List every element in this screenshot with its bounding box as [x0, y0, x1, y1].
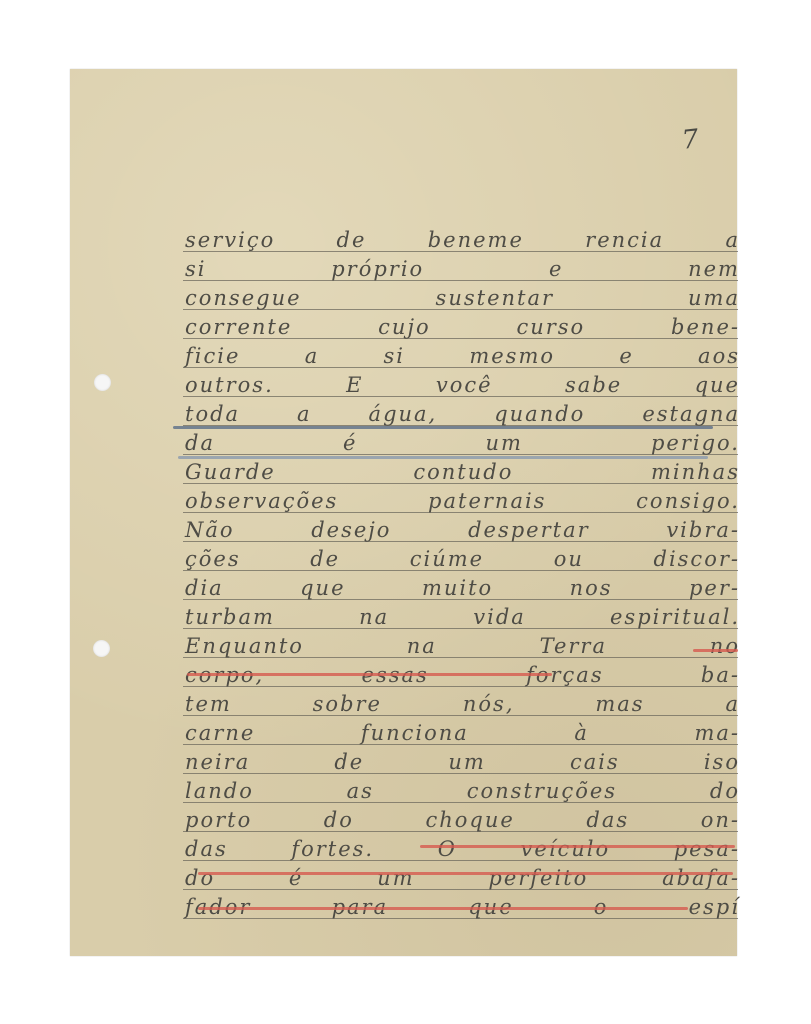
word: uma: [688, 285, 740, 311]
word: Terra: [540, 633, 607, 659]
word: choque: [425, 807, 514, 833]
word: carne: [185, 720, 255, 746]
manuscript-line: EnquantonaTerrano: [185, 633, 740, 659]
word: serviço: [185, 227, 275, 253]
handwritten-text: serviçodebenemerenciaasipróprioenemconse…: [70, 69, 737, 956]
word: um: [485, 430, 522, 456]
manuscript-line: todaaágua,quandoestagna: [185, 401, 740, 427]
word: e: [619, 343, 633, 369]
word: do: [710, 778, 740, 804]
word: observações: [185, 488, 338, 514]
word: um: [377, 865, 414, 891]
word: bene-: [671, 314, 740, 340]
word: toda: [185, 401, 240, 427]
word: próprio: [331, 256, 424, 282]
word: de: [337, 227, 367, 253]
word: sobre: [313, 691, 382, 717]
word: discor-: [654, 546, 740, 572]
word: no: [710, 633, 740, 659]
manuscript-line: serviçodebenemerenciaa: [185, 227, 740, 253]
word: é: [343, 430, 357, 456]
manuscript-line: doéumperfeitoabafa-: [185, 865, 740, 891]
manuscript-line: landoasconstruçõesdo: [185, 778, 740, 804]
word: consigo.: [636, 488, 740, 514]
word: funciona: [361, 720, 469, 746]
blue-underline-2: [178, 456, 708, 459]
manuscript-line: correntecujocursobene-: [185, 314, 740, 340]
word: despertar: [468, 517, 590, 543]
word: que: [300, 575, 345, 601]
word: fortes.: [291, 836, 374, 862]
word: e: [549, 256, 563, 282]
word: mesmo: [469, 343, 555, 369]
word: veículo: [520, 836, 610, 862]
word: é: [289, 865, 303, 891]
word: estagna: [642, 401, 740, 427]
word: turbam: [185, 604, 275, 630]
manuscript-line: diaquemuitonosper-: [185, 575, 740, 601]
word: nos: [570, 575, 613, 601]
word: tem: [185, 691, 232, 717]
word: das: [185, 836, 228, 862]
word: Enquanto: [185, 633, 304, 659]
word: de: [310, 546, 340, 572]
word: E: [346, 372, 363, 398]
manuscript-line: daéumperigo.: [185, 430, 740, 456]
word: sabe: [565, 372, 622, 398]
word: a: [725, 227, 740, 253]
red-underline-4: [198, 907, 688, 910]
word: ou: [554, 546, 584, 572]
word: cais: [570, 749, 620, 775]
word: minhas: [651, 459, 740, 485]
word: ções: [185, 546, 241, 572]
manuscript-line: neiradeumcaisiso: [185, 749, 740, 775]
word: abafa-: [662, 865, 740, 891]
manuscript-line: sipróprioenem: [185, 256, 740, 282]
word: espiritual.: [610, 604, 740, 630]
word: a: [297, 401, 312, 427]
word: nós,: [463, 691, 515, 717]
manuscript-line: Guardecontudominhas: [185, 459, 740, 485]
word: neira: [185, 749, 250, 775]
blue-underline-1: [173, 426, 713, 429]
word: muito: [422, 575, 493, 601]
word: beneme: [428, 227, 524, 253]
word: perfeito: [488, 865, 588, 891]
word: paternais: [428, 488, 546, 514]
manuscript-line: portodochoquedason-: [185, 807, 740, 833]
manuscript-line: observaçõespaternaisconsigo.: [185, 488, 740, 514]
word: água,: [369, 401, 438, 427]
word: corrente: [185, 314, 292, 340]
red-underline-2: [420, 845, 735, 848]
word: sustentar: [436, 285, 554, 311]
word: do: [324, 807, 354, 833]
word: a: [725, 691, 740, 717]
word: que: [695, 372, 740, 398]
word: curso: [516, 314, 585, 340]
word: rencia: [585, 227, 664, 253]
word: si: [185, 256, 207, 282]
word: mas: [595, 691, 644, 717]
word: pesa-: [674, 836, 740, 862]
manuscript-line: ficieasimesmoeaos: [185, 343, 740, 369]
manuscript-line: carnefuncionaàma-: [185, 720, 740, 746]
manuscript-line: dasfortes.Oveículopesa-: [185, 836, 740, 862]
manuscript-line: Nãodesejodespertarvibra-: [185, 517, 740, 543]
manuscript-line: turbamnavidaespiritual.: [185, 604, 740, 630]
manuscript-line: temsobrenós,masa: [185, 691, 740, 717]
manuscript-line: conseguesustentaruma: [185, 285, 740, 311]
word: de: [334, 749, 364, 775]
word: ba-: [701, 662, 740, 688]
word: um: [448, 749, 485, 775]
word: ma-: [694, 720, 740, 746]
word: cujo: [378, 314, 430, 340]
word: do: [185, 865, 215, 891]
word: per-: [689, 575, 740, 601]
word: outros.: [185, 372, 274, 398]
manuscript-line: çõesdeciúmeoudiscor-: [185, 546, 740, 572]
word: nem: [688, 256, 740, 282]
word: da: [185, 430, 215, 456]
red-underline-3: [198, 872, 733, 875]
word: à: [574, 720, 589, 746]
word: lando: [185, 778, 254, 804]
manuscript-page: 7 serviçodebenemerenciaasipróprioenemcon…: [70, 69, 737, 956]
word: dia: [185, 575, 224, 601]
word: desejo: [311, 517, 391, 543]
word: porto: [185, 807, 252, 833]
word: ciúme: [410, 546, 484, 572]
word: construções: [467, 778, 617, 804]
word: aos: [698, 343, 740, 369]
word: na: [407, 633, 437, 659]
word: iso: [704, 749, 740, 775]
word: perigo.: [651, 430, 740, 456]
word: vibra-: [666, 517, 740, 543]
word: on-: [701, 807, 740, 833]
word: ficie: [185, 343, 240, 369]
word: você: [436, 372, 493, 398]
word: quando: [494, 401, 585, 427]
word: contudo: [413, 459, 513, 485]
word: Guarde: [185, 459, 276, 485]
word: na: [359, 604, 389, 630]
manuscript-line: outros.Evocêsabeque: [185, 372, 740, 398]
word: a: [305, 343, 320, 369]
word: espí: [689, 894, 740, 920]
word: vida: [473, 604, 526, 630]
word: si: [384, 343, 406, 369]
word: consegue: [185, 285, 302, 311]
word: das: [586, 807, 629, 833]
word: as: [347, 778, 374, 804]
word: O: [438, 836, 457, 862]
red-underline-1: [187, 673, 552, 676]
word: Não: [185, 517, 235, 543]
red-mark-short: [693, 649, 738, 652]
